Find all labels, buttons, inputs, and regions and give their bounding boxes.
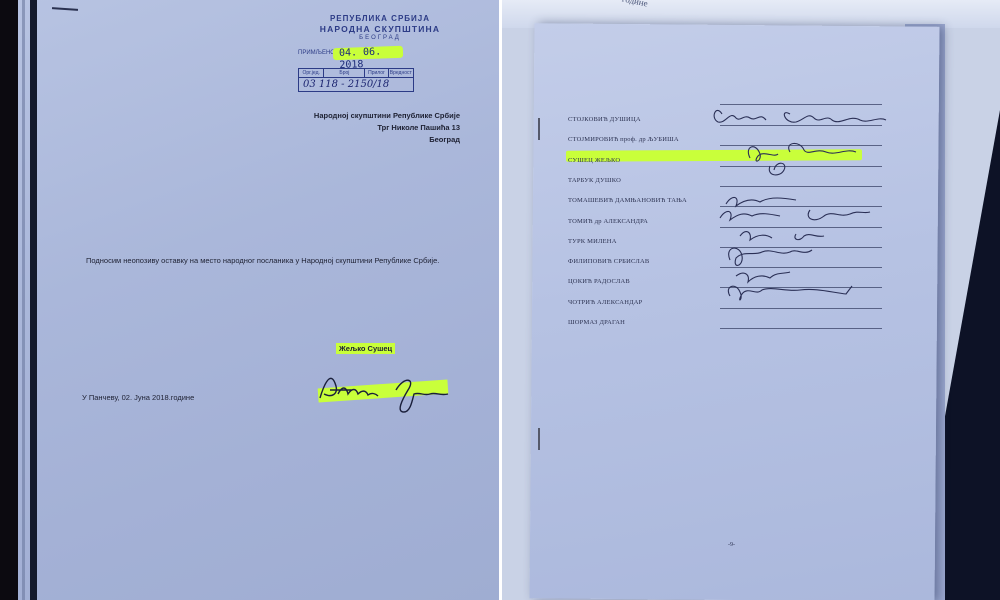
stamp-line-3: БЕОГРАД <box>290 35 470 41</box>
reg-col-value: Вредност <box>389 69 413 77</box>
signatures-handwritten <box>700 100 900 310</box>
place-and-date: У Панчеву, 02. Јуна 2018.године <box>82 393 194 402</box>
letter-body: Подносим неопозиву оставку на место наро… <box>86 254 446 268</box>
received-label: ПРИМЉЕНО: <box>298 50 337 56</box>
staple-bottom <box>538 428 540 450</box>
signatory-name: ТОМИЋ др АЛЕКСАНДРА <box>568 218 648 225</box>
received-date: 04. 06. 2018 <box>333 46 403 60</box>
staple-top <box>538 118 540 140</box>
stamp-line-2: НАРОДНА СКУПШТИНА <box>290 24 470 34</box>
signatory-name: ШОРМАЗ ДРАГАН <box>568 319 625 326</box>
signatory-name: ЦОКИЋ РАДОСЛАВ <box>568 278 630 285</box>
reg-col-org: Орг.јед. <box>299 69 324 77</box>
signatory-name: ТАРБУК ДУШКО <box>568 177 621 184</box>
signatory-name: ТУРК МИЛЕНА <box>568 238 617 245</box>
recipient-line-2: Трг Николе Пашића 13 <box>314 122 460 134</box>
page-number: -9- <box>728 542 735 548</box>
registration-box: Орг.јед. Број Прилог Вредност 03 118 - 2… <box>298 68 414 92</box>
page-edge-shadow <box>22 0 25 600</box>
binder-edge <box>30 0 37 600</box>
registration-number: 03 118 - 2150/18 <box>299 78 413 91</box>
left-photo-panel: РЕПУБЛИКА СРБИЈА НАРОДНА СКУПШТИНА БЕОГР… <box>0 0 499 600</box>
recipient-address: Народној скупштини Републике Србије Трг … <box>314 110 460 146</box>
stamp-line-1: РЕПУБЛИКА СРБИЈА <box>290 14 470 23</box>
signatory-name: СТОЈМИРОВИЋ проф. др ЉУБИША <box>568 136 679 143</box>
recipient-line-1: Народној скупштини Републике Србије <box>314 110 460 122</box>
signatory-name: СТОЈКОВИЋ ДУШИЦА <box>568 116 641 123</box>
signatory-name: СУШЕЦ ЖЕЉКО <box>568 157 620 164</box>
reg-col-number: Број <box>324 69 365 77</box>
signature-line <box>720 328 882 329</box>
signer-name: Жељко Сушец <box>336 343 395 354</box>
signatory-name: ФИЛИПОВИЋ СРБИСЛАВ <box>568 258 649 265</box>
handwritten-signature <box>312 368 462 418</box>
reg-col-attachment: Прилог <box>365 69 388 77</box>
resignation-letter-page <box>18 0 499 600</box>
recipient-line-3: Београд <box>314 134 460 146</box>
signatory-name: ТОМАШЕВИЋ ДАМЊАНОВИЋ ТАЊА <box>568 197 687 204</box>
parliament-stamp: РЕПУБЛИКА СРБИЈА НАРОДНА СКУПШТИНА БЕОГР… <box>290 14 470 41</box>
signatory-name: ЧОТРИЋ АЛЕКСАНДАР <box>568 299 642 306</box>
